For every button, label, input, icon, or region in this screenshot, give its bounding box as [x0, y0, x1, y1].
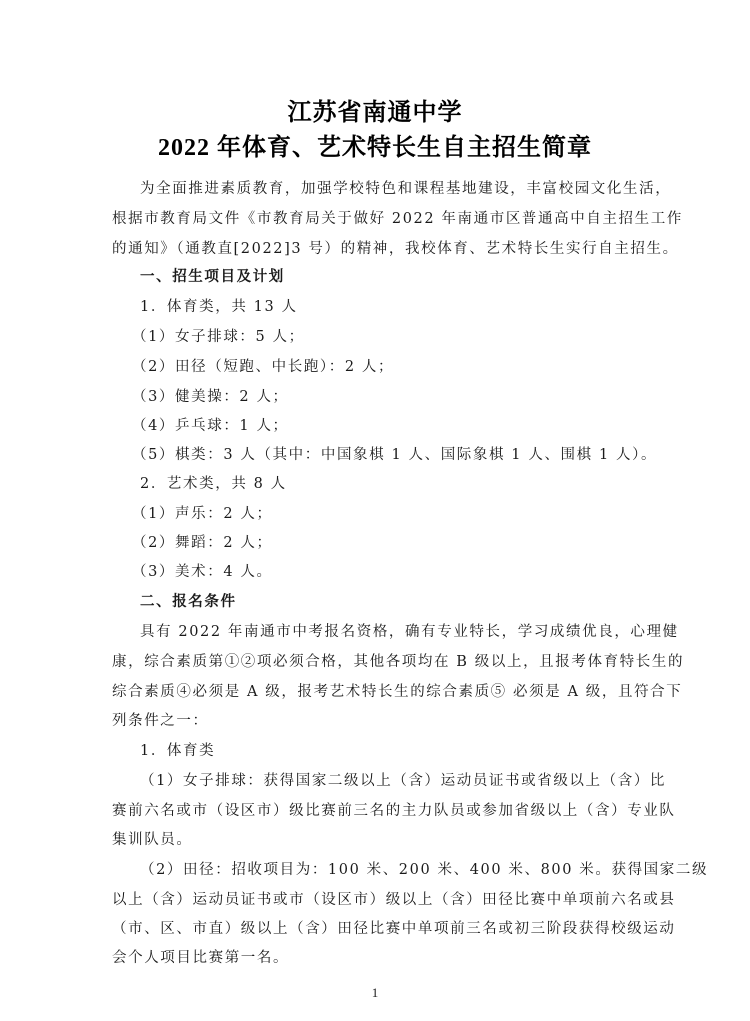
track-line-1: （2）田径：招收项目为：100 米、200 米、400 米、800 米。获得国家… — [140, 858, 640, 879]
section-heading-2: 二、报名条件 — [140, 590, 237, 611]
eligibility-line-3: 综合素质④必须是 A 级，报考艺术特长生的综合素质⑤ 必须是 A 级，且符合下 — [112, 680, 640, 701]
arts-quota-heading: 2．艺术类，共 8 人 — [140, 472, 287, 493]
page-number: 1 — [0, 985, 750, 1001]
track-line-3: （市、区、市直）级以上（含）田径比赛中单项前三名或初三阶段获得校级运动 — [112, 917, 640, 938]
eligibility-line-1: 具有 2022 年南通市中考报名资格，确有专业特长，学习成绩优良，心理健 — [140, 620, 640, 641]
document-page: 江苏省南通中学 2022 年体育、艺术特长生自主招生简章 为全面推进素质教育，加… — [0, 0, 750, 1021]
sports-item-1: （1）女子排球：5 人； — [132, 325, 305, 346]
intro-line-2: 根据市教育局文件《市教育局关于做好 2022 年南通市区普通高中自主招生工作 — [112, 207, 640, 228]
volleyball-line-2: 赛前六名或市（设区市）级比赛前三名的主力队员或参加省级以上（含）专业队 — [112, 799, 640, 820]
arts-item-2: （2）舞蹈：2 人； — [132, 531, 273, 552]
track-line-2: 以上（含）运动员证书或市（设区市）级以上（含）田径比赛中单项前六名或县 — [112, 888, 640, 909]
arts-item-3: （3）美术：4 人。 — [132, 560, 273, 581]
intro-line-1: 为全面推进素质教育，加强学校特色和课程基地建设，丰富校园文化生活， — [140, 177, 640, 198]
section-heading-1: 一、招生项目及计划 — [140, 265, 285, 286]
document-title-main: 2022 年体育、艺术特长生自主招生简章 — [0, 127, 750, 162]
sports-item-2: （2）田径（短跑、中长跑）：2 人； — [132, 355, 394, 376]
arts-item-1: （1）声乐：2 人； — [132, 502, 273, 523]
sports-quota-heading: 1．体育类，共 13 人 — [140, 295, 298, 316]
intro-line-3: 的通知》（通教直[2022]3 号）的精神，我校体育、艺术特长生实行自主招生。 — [112, 237, 679, 258]
sports-item-5: （5）棋类：3 人（其中：中国象棋 1 人、国际象棋 1 人、围棋 1 人）。 — [132, 443, 657, 464]
sports-item-4: （4）乒乓球：1 人； — [132, 414, 289, 435]
eligibility-line-4: 列条件之一： — [112, 709, 209, 730]
volleyball-line-1: （1）女子排球：获得国家二级以上（含）运动员证书或省级以上（含）比 — [140, 769, 640, 790]
document-title-school: 江苏省南通中学 — [0, 92, 750, 127]
sports-item-3: （3）健美操：2 人； — [132, 385, 289, 406]
eligibility-line-2: 康，综合素质第①②项必须合格，其他各项均在 B 级以上，且报考体育特长生的 — [112, 650, 640, 671]
track-line-4: 会个人项目比赛第一名。 — [112, 946, 289, 967]
volleyball-line-3: 集训队员。 — [112, 828, 193, 849]
sports-requirements-heading: 1．体育类 — [140, 739, 215, 760]
